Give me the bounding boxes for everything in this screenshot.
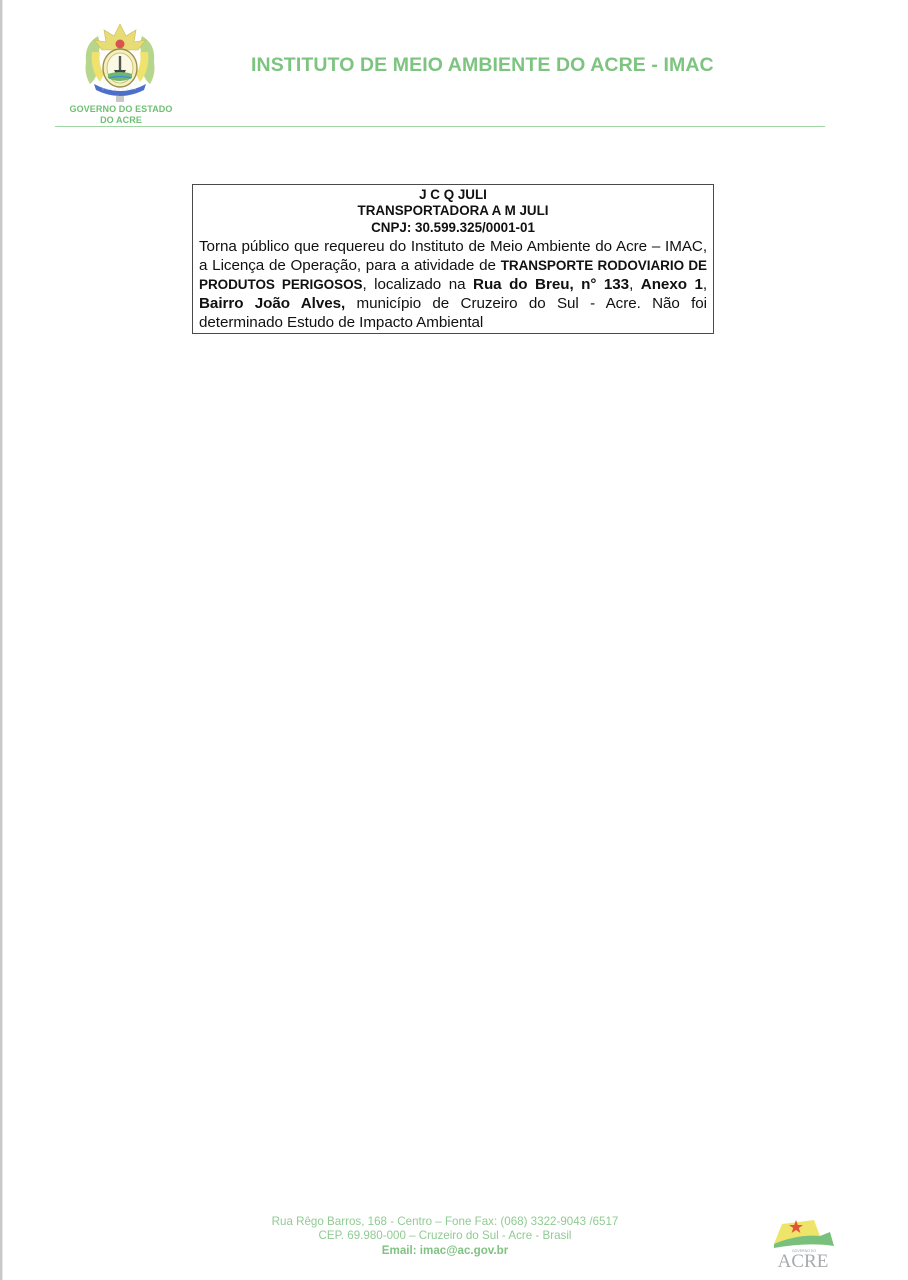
acre-logo-text: ACRE bbox=[778, 1251, 829, 1270]
notice-separator: , bbox=[629, 276, 641, 293]
notice-separator: , bbox=[703, 276, 707, 293]
government-label: GOVERNO DO ESTADO DO ACRE bbox=[60, 104, 182, 126]
institute-title: INSTITUTO DE MEIO AMBIENTE DO ACRE - IMA… bbox=[251, 54, 714, 77]
government-label-line1: GOVERNO DO ESTADO bbox=[60, 104, 182, 115]
state-coat-of-arms-icon bbox=[80, 22, 160, 104]
government-label-line2: DO ACRE bbox=[60, 115, 182, 126]
footer-cep: CEP. 69.980-000 – Cruzeiro do Sul - Acre… bbox=[230, 1229, 660, 1243]
notice-text-location: , localizado na bbox=[362, 276, 473, 293]
page-footer: Rua Rêgo Barros, 168 - Centro – Fone Fax… bbox=[230, 1215, 660, 1258]
public-notice-box: J C Q JULI TRANSPORTADORA A M JULI CNPJ:… bbox=[192, 184, 714, 334]
footer-email: Email: imac@ac.gov.br bbox=[230, 1244, 660, 1258]
notice-street: Rua do Breu, n° 133 bbox=[473, 276, 629, 293]
page-left-edge-shadow bbox=[2, 0, 3, 1280]
header-divider bbox=[55, 126, 825, 127]
notice-annex: Anexo 1 bbox=[641, 276, 703, 293]
governo-do-acre-logo-icon: GOVERNO DO ACRE bbox=[768, 1214, 838, 1270]
company-name: J C Q JULI bbox=[199, 187, 707, 203]
company-cnpj: CNPJ: 30.599.325/0001-01 bbox=[199, 220, 707, 236]
company-trade-name: TRANSPORTADORA A M JULI bbox=[199, 203, 707, 219]
notice-body: Torna público que requereu do Instituto … bbox=[199, 237, 707, 332]
footer-address: Rua Rêgo Barros, 168 - Centro – Fone Fax… bbox=[230, 1215, 660, 1229]
notice-neighborhood: Bairro João Alves, bbox=[199, 295, 345, 312]
